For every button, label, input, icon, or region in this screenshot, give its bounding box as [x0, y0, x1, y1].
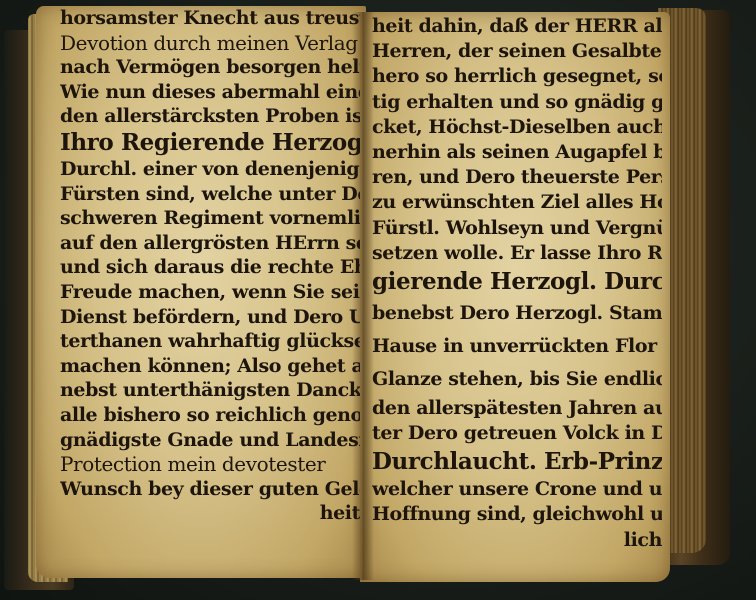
text-line: gnädigste Gnade und Landesfürstl.: [60, 428, 360, 453]
text-line: Devotion durch meinen Verlag: [60, 31, 360, 56]
text-line: Hause in unverrückten Flor und: [372, 330, 662, 363]
text-line: heit dahin, daß der HERR aller: [372, 14, 662, 39]
text-line: Glanze stehen, bis Sie endlich in: [372, 363, 662, 396]
text-line: Protection mein devotester: [60, 452, 360, 477]
text-line: horsamster Knecht aus treuster: [60, 6, 360, 31]
text-line: gierende Herzogl. Durchl.: [372, 266, 662, 297]
text-line: cket, Höchst-Dieselben auch fer-: [372, 115, 662, 140]
text-line: auf den allergrösten HErrn sehen,: [60, 231, 360, 256]
text-line: machen können; Also gehet auch: [60, 354, 360, 379]
text-line: nach Vermögen besorgen helfen.: [60, 55, 360, 80]
text-line: und sich daraus die rechte Ehre und: [60, 255, 360, 280]
text-line: Durchlaucht. Erb-Prinzen,: [372, 446, 662, 477]
left-page-text: horsamster Knecht aus treuster Devotion …: [60, 6, 360, 526]
text-line: Dienst befördern, und Dero Un-: [60, 305, 360, 330]
text-line: Ihro Regierende Herzogl.: [60, 129, 360, 157]
text-line: tig erhalten und so gnädig gestär-: [372, 90, 662, 115]
text-line: Fürsten sind, welche unter Dero: [60, 182, 360, 207]
text-line: Durchl. einer von denenjenigen: [60, 157, 360, 182]
book-photo: horsamster Knecht aus treuster Devotion …: [0, 0, 756, 600]
text-line: welcher unsere Crone und unsere: [372, 477, 662, 502]
catchword: heit: [60, 501, 360, 526]
text-line: Wunsch bey dieser guten Gelegen-: [60, 477, 360, 502]
text-line: Freude machen, wenn Sie seinen: [60, 280, 360, 305]
text-line: schweren Regiment vornemlich: [60, 206, 360, 231]
text-line: nebst unterthänigsten Dancke vor: [60, 378, 360, 403]
right-page-text: heit dahin, daß der HERR aller Herren, d…: [372, 14, 662, 553]
text-line: alle bishero so reichlich genossene: [60, 403, 360, 428]
text-line: zu erwünschten Ziel alles Hoch-: [372, 190, 662, 215]
text-line: terthanen wahrhaftig glückselig: [60, 329, 360, 354]
text-line: hero so herrlich gesegnet, so mäch-: [372, 64, 662, 89]
text-line: Herren, der seinen Gesalbten bis-: [372, 39, 662, 64]
text-line: den allerstärcksten Proben ist, daß: [60, 104, 360, 129]
text-line: setzen wolle. Er lasse Ihro Re-: [372, 241, 662, 266]
text-line: benebst Dero Herzogl. Stamm-: [372, 297, 662, 330]
text-line: Wie nun dieses abermahl eine von: [60, 80, 360, 105]
text-line: den allerspätesten Jahren auch un-: [372, 396, 662, 421]
text-line: ren, und Dero theuerste Person: [372, 165, 662, 190]
text-line: Fürstl. Wohlseyn und Vergnügens: [372, 216, 662, 241]
text-line: Hoffnung sind, gleichwohl unsterb-: [372, 502, 662, 527]
text-line: ter Dero getreuen Volck in Dero: [372, 421, 662, 446]
text-line: nerhin als seinen Augapfel bewah-: [372, 140, 662, 165]
text-line: lich: [372, 528, 662, 553]
